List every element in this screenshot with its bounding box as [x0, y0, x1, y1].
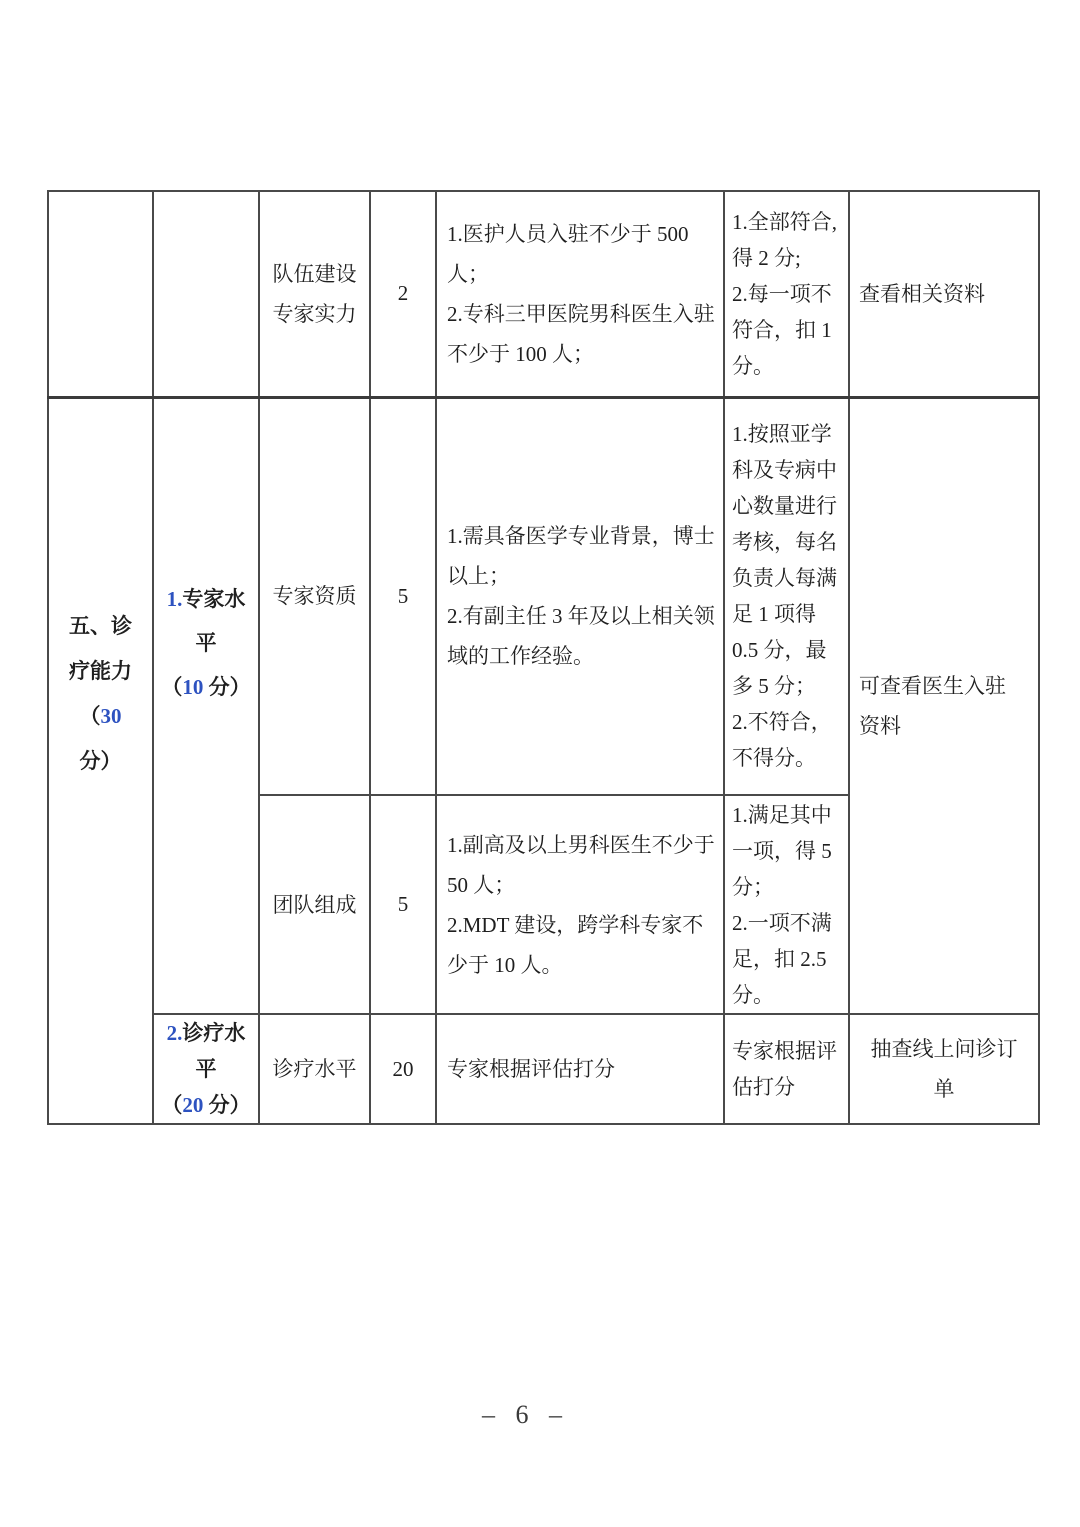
category-line: （30	[49, 694, 152, 739]
subcategory-cell: 2.诊疗水 平 （20 分）	[153, 1014, 259, 1124]
item-cell: 团队组成	[259, 795, 370, 1014]
scoring-cell: 1.按照亚学科及专病中心数量进行考核，每名负责人每满足 1 项得 0.5 分，最…	[724, 397, 849, 795]
check-cell: 抽查线上问诊订单	[849, 1014, 1039, 1124]
scoring-cell: 1.满足其中一项，得 5 分； 2.一项不满足，扣 2.5 分。	[724, 795, 849, 1014]
item-line: 团队组成	[260, 885, 369, 925]
subcategory-line: 1.专家水	[154, 577, 258, 621]
subcategory-line: （10 分）	[154, 665, 258, 709]
scoring-item: 2.不符合，不得分。	[732, 704, 842, 776]
scoring-item: 2.每一项不符合，扣 1 分。	[732, 276, 842, 384]
category-line: 五、诊	[49, 604, 152, 649]
page-number: – 6 –	[482, 1400, 562, 1429]
scoring-item: 专家根据评估打分	[732, 1033, 842, 1105]
criteria-item: 2.专科三甲医院男科医生入驻不少于 100 人；	[447, 294, 719, 374]
score-cell: 5	[370, 795, 436, 1014]
criteria-item: 1.副高及以上男科医生不少于 50 人；	[447, 825, 719, 905]
criteria-item: 1.医护人员入驻不少于 500 人；	[447, 214, 719, 294]
scoring-item: 1.满足其中一项，得 5 分；	[732, 797, 842, 905]
subcategory-cell: 1.专家水 平 （10 分）	[153, 397, 259, 1014]
item-line: 队伍建设	[260, 254, 369, 294]
criteria-cell: 1.需具备医学专业背景，博士以上； 2.有副主任 3 年及以上相关领域的工作经验…	[436, 397, 724, 795]
category-cell-empty	[48, 191, 153, 397]
scoring-item: 1.按照亚学科及专病中心数量进行考核，每名负责人每满足 1 项得 0.5 分，最…	[732, 416, 842, 704]
check-cell: 可查看医生入驻资料	[849, 397, 1039, 1014]
item-cell: 队伍建设 专家实力	[259, 191, 370, 397]
evaluation-table: 队伍建设 专家实力 2 1.医护人员入驻不少于 500 人； 2.专科三甲医院男…	[47, 190, 1040, 1125]
category-score-number: 30	[101, 704, 122, 728]
category-line: 疗能力	[49, 649, 152, 694]
criteria-item: 2.有副主任 3 年及以上相关领域的工作经验。	[447, 596, 719, 676]
criteria-cell: 1.医护人员入驻不少于 500 人； 2.专科三甲医院男科医生入驻不少于 100…	[436, 191, 724, 397]
scoring-item: 1.全部符合,得 2 分;	[732, 204, 842, 276]
item-line: 专家实力	[260, 294, 369, 334]
category-cell: 五、诊 疗能力 （30 分）	[48, 397, 153, 1124]
subcategory-line: （20 分）	[154, 1087, 258, 1123]
criteria-cell: 1.副高及以上男科医生不少于 50 人； 2.MDT 建设，跨学科专家不少于 1…	[436, 795, 724, 1014]
check-cell: 查看相关资料	[849, 191, 1039, 397]
item-line: 诊疗水平	[260, 1049, 369, 1089]
item-cell: 专家资质	[259, 397, 370, 795]
criteria-item: 1.需具备医学专业背景，博士以上；	[447, 516, 719, 596]
score-cell: 2	[370, 191, 436, 397]
subcategory-line: 平	[154, 621, 258, 665]
criteria-item: 2.MDT 建设，跨学科专家不少于 10 人。	[447, 905, 719, 985]
subcategory-cell-empty	[153, 191, 259, 397]
subcategory-line: 平	[154, 1051, 258, 1087]
scoring-item: 2.一项不满足，扣 2.5 分。	[732, 905, 842, 1013]
item-cell: 诊疗水平	[259, 1014, 370, 1124]
table-row: 五、诊 疗能力 （30 分） 1.专家水 平 （10 分） 专家资质 5 1.需…	[48, 397, 1039, 795]
subcategory-line: 2.诊疗水	[154, 1015, 258, 1051]
page-footer: – 6 –	[0, 1400, 1044, 1430]
item-line: 专家资质	[260, 576, 369, 616]
category-line: 分）	[49, 739, 152, 784]
document-page: 队伍建设 专家实力 2 1.医护人员入驻不少于 500 人； 2.专科三甲医院男…	[0, 0, 1080, 1527]
criteria-item: 专家根据评估打分	[447, 1049, 719, 1089]
score-cell: 5	[370, 397, 436, 795]
scoring-cell: 专家根据评估打分	[724, 1014, 849, 1124]
criteria-cell: 专家根据评估打分	[436, 1014, 724, 1124]
table-row: 2.诊疗水 平 （20 分） 诊疗水平 20 专家根据评估打分 专家根据评估打分…	[48, 1014, 1039, 1124]
table-row: 队伍建设 专家实力 2 1.医护人员入驻不少于 500 人； 2.专科三甲医院男…	[48, 191, 1039, 397]
score-cell: 20	[370, 1014, 436, 1124]
scoring-cell: 1.全部符合,得 2 分; 2.每一项不符合，扣 1 分。	[724, 191, 849, 397]
